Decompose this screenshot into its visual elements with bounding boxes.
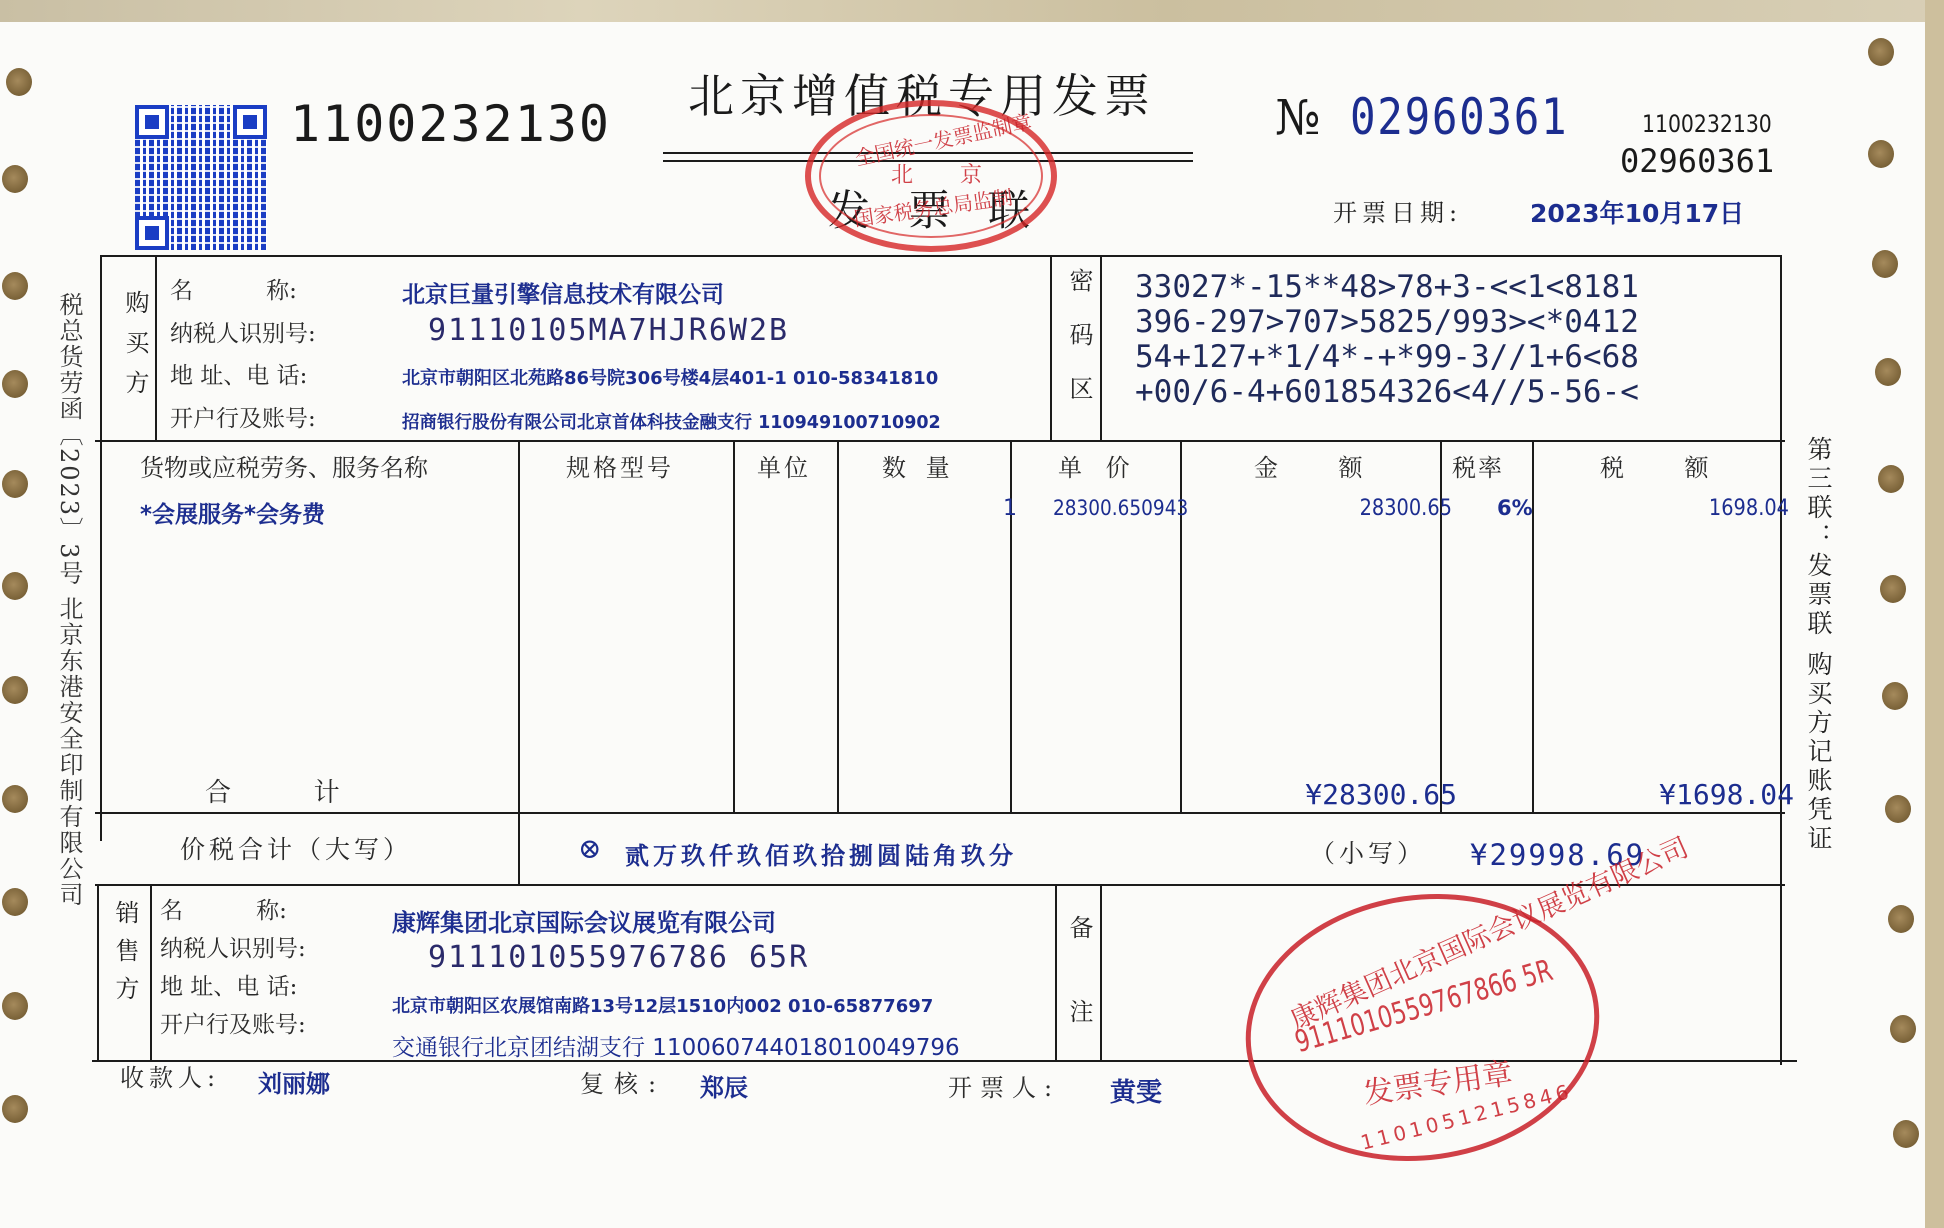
payee-label: 收款人: xyxy=(120,1058,220,1093)
seller-name-label: 名 称: xyxy=(160,892,287,925)
buyer-address-phone: 北京市朝阳区北苑路86号院306号楼4层401-1 010-58341810 xyxy=(402,364,938,390)
seller-section-label: 销售方 xyxy=(108,900,143,1014)
reviewer: 郑辰 xyxy=(700,1068,748,1103)
copy-purpose-note: 第三联：发票联 购买方记账凭证 xyxy=(1800,436,1836,854)
seller-bank-account: 交通银行北京团结湖支行 110060744018010049796 xyxy=(392,1029,960,1062)
side-invoice-code: 1100232130 xyxy=(1642,110,1772,138)
seller-tax-id: 911101055976786 65R xyxy=(428,940,809,975)
total-amount: ¥28300.65 xyxy=(1305,778,1457,811)
payee: 刘丽娜 xyxy=(258,1064,330,1099)
seller-bank-label: 开户行及账号: xyxy=(160,1006,306,1039)
item-tax: 1698.04 xyxy=(1709,496,1789,521)
printer-note: 税总货劳函〔2023〕3号 北京东港安全印制有限公司 xyxy=(52,292,87,908)
col-header-spec: 规格型号 xyxy=(566,448,674,483)
cipher-line: 396-297>707>5825/993><*0412 xyxy=(1135,305,1639,340)
col-header-tax: 税 额 xyxy=(1600,448,1715,483)
item-amount: 28300.65 xyxy=(1360,496,1452,521)
grand-total-upper: 贰万玖仟玖佰玖拾捌圆陆角玖分 xyxy=(625,836,1017,871)
number-prefix: № xyxy=(1275,90,1320,146)
total-label: 合 计 xyxy=(205,772,340,809)
item-tax-rate: 6% xyxy=(1497,496,1533,520)
cipher-line: 33027*-15**48>78+3-<<1<8181 xyxy=(1135,270,1639,305)
paper-right-edge xyxy=(1925,0,1944,1228)
issue-date-label: 开票日期: xyxy=(1333,193,1462,228)
item-name: *会展服务*会务费 xyxy=(140,496,325,529)
reviewer-label: 复核: xyxy=(580,1064,666,1099)
cipher-line: 54+127+*1/4*-+*99-3//1+6<68 xyxy=(1135,340,1639,375)
col-header-tax-rate: 税率 xyxy=(1452,448,1504,483)
cipher-area: 33027*-15**48>78+3-<<1<8181 396-297>707>… xyxy=(1135,270,1639,410)
buyer-name: 北京巨量引擎信息技术有限公司 xyxy=(402,276,724,309)
col-header-unit-price: 单 价 xyxy=(1058,448,1138,483)
cancel-symbol-icon: ⊗ xyxy=(578,832,601,865)
seller-address-phone: 北京市朝阳区农展馆南路13号12层1510内002 010-65877697 xyxy=(392,992,933,1018)
col-header-unit: 单位 xyxy=(757,448,811,483)
col-header-name: 货物或应税劳务、服务名称 xyxy=(140,448,428,483)
seller-name: 康辉集团北京国际会议展览有限公司 xyxy=(392,903,776,938)
supervision-stamp: 全国统一发票监制章 北 京 国家税务总局监制 xyxy=(805,100,1057,252)
item-quantity: 1 xyxy=(1003,496,1017,521)
remarks-label: 备注 xyxy=(1062,915,1097,1083)
seller-address-label: 地 址、电 话: xyxy=(160,968,297,1001)
col-header-quantity: 数 量 xyxy=(882,448,956,483)
buyer-bank-account: 招商银行股份有限公司北京首体科技金融支行 110949100710902 xyxy=(402,409,941,434)
invoice-number: 02960361 xyxy=(1350,88,1568,146)
cipher-line: +00/6-4+601854326<4//5-56-< xyxy=(1135,375,1639,410)
buyer-section-label: 购买方 xyxy=(118,290,153,410)
buyer-address-label: 地 址、电 话: xyxy=(170,357,307,390)
buyer-name-label: 名 称: xyxy=(170,272,297,305)
col-header-amount: 金 额 xyxy=(1254,448,1369,483)
paper-top-edge xyxy=(0,0,1944,22)
buyer-tax-id-label: 纳税人识别号: xyxy=(170,315,316,348)
issuer-label: 开票人: xyxy=(948,1068,1060,1103)
grand-total-upper-label: 价税合计（大写） xyxy=(180,830,412,866)
item-unit-price: 28300.650943 xyxy=(1053,496,1188,520)
buyer-tax-id: 91110105MA7HJR6W2B xyxy=(428,313,789,348)
side-invoice-number: 02960361 xyxy=(1620,142,1774,180)
grand-total-lower-label: （小写） xyxy=(1310,834,1426,870)
total-tax: ¥1698.04 xyxy=(1659,778,1794,811)
cipher-area-label: 密码区 xyxy=(1062,268,1097,430)
invoice-code: 1100232130 xyxy=(290,95,611,153)
qr-code xyxy=(135,105,267,250)
issuer: 黄雯 xyxy=(1110,1072,1162,1109)
buyer-bank-label: 开户行及账号: xyxy=(170,400,316,433)
seller-tax-id-label: 纳税人识别号: xyxy=(160,930,306,963)
issue-date: 2023年10月17日 xyxy=(1530,194,1744,230)
